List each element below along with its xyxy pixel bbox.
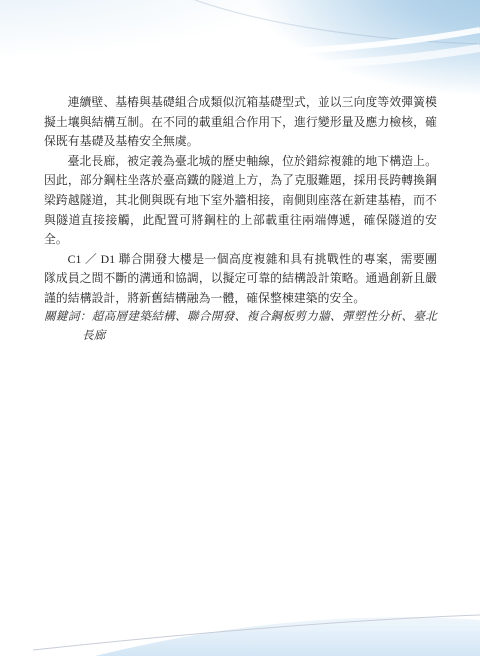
top-wave-decoration — [0, 0, 480, 96]
bottom-wave-decoration — [0, 586, 480, 656]
abstract-paragraph: 連續壁、基樁與基礎組合成類似沉箱基礎型式，並以三向度等效彈簧模擬土壤與結構互制。… — [44, 93, 437, 152]
bottom-wave-lines — [0, 586, 480, 656]
abstract-paragraph: C1 ／ D1 聯合開發大樓是一個高度複雜和具有挑戰性的專案，需要團隊成員之間不… — [44, 250, 437, 309]
top-wave-lines — [0, 0, 480, 96]
keywords-line: 關鍵詞：超高層建築結構、聯合開發、複合鋼板剪力牆、彈塑性分析、臺北長廊 — [44, 307, 437, 346]
paper-page: 連續壁、基樁與基礎組合成類似沉箱基礎型式，並以三向度等效彈簧模擬土壤與結構互制。… — [0, 0, 480, 656]
keywords-text: 超高層建築結構、聯合開發、複合鋼板剪力牆、彈塑性分析、臺北長廊 — [82, 310, 437, 343]
keywords-label: 關鍵詞： — [44, 310, 92, 323]
abstract-paragraph: 臺北長廊，被定義為臺北城的歷史軸線，位於錯綜複雜的地下構造上。因此，部分鋼柱坐落… — [44, 152, 437, 250]
abstract-body: 連續壁、基樁與基礎組合成類似沉箱基礎型式，並以三向度等效彈簧模擬土壤與結構互制。… — [44, 93, 437, 346]
